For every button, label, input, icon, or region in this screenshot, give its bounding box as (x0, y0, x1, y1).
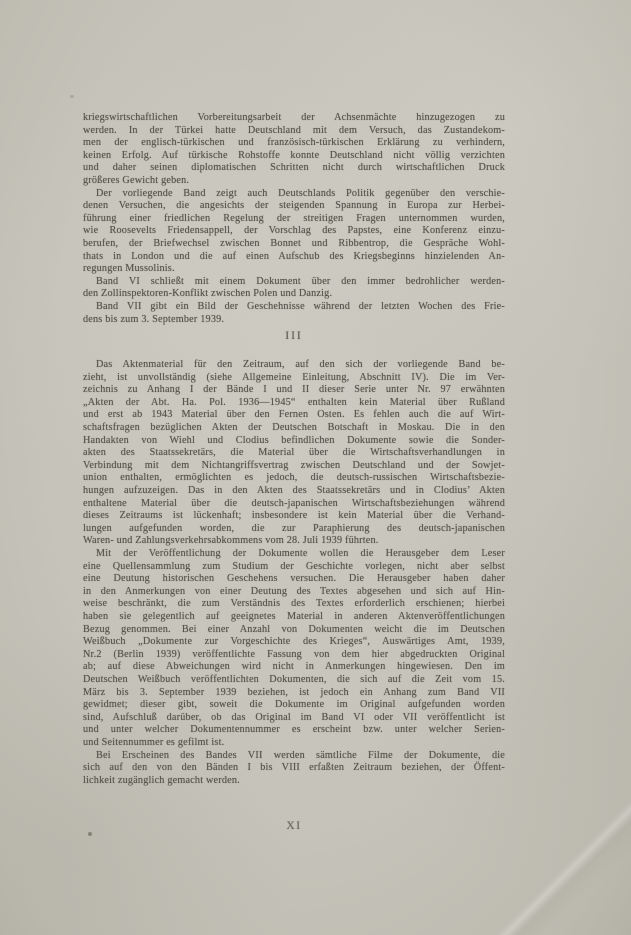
paper-crease (481, 785, 631, 935)
paragraph: Das Aktenmaterial für den Zeitraum, auf … (83, 359, 505, 548)
text-line: in den Anmerkungen von einer Deutung des… (83, 586, 505, 599)
text-line: lungen aufgefunden worden, die zur Parap… (83, 523, 505, 536)
text-line: lichkeit zugänglich gemacht werden. (83, 775, 505, 788)
text-line: zieht, ist unvollständig (siehe Allgemei… (83, 372, 505, 385)
text-line: und daher seinen diplomatischen Schritte… (83, 162, 505, 175)
text-line: den Zollinspektoren-Konflikt zwischen Po… (83, 288, 505, 301)
text-line: Das Aktenmaterial für den Zeitraum, auf … (83, 359, 505, 372)
paragraph: Der vorliegende Band zeigt auch Deutschl… (83, 188, 505, 276)
text-line: „Akten der Abt. Ha. Pol. 1936—1945“ enth… (83, 397, 505, 410)
text-line: akten des Staatssekretärs, die Material … (83, 447, 505, 460)
text-line: Weißbuch „Dokumente zur Vorgeschichte de… (83, 636, 505, 649)
text-line: Deutschen Weißbuch veröffentlichten Doku… (83, 674, 505, 687)
text-line: keinen Erfolg. Auf türkische Rohstoffe k… (83, 150, 505, 163)
text-line: enthaltene Material über die deutsch-jap… (83, 498, 505, 511)
text-line: Bei Erscheinen des Bandes VII werden säm… (83, 750, 505, 763)
paper-speck (70, 95, 74, 98)
page-number: XI (83, 820, 505, 832)
text-line: und unter welcher Dokumentennummer es er… (83, 724, 505, 737)
paragraph: Mit der Veröffentlichung der Dokumente w… (83, 548, 505, 750)
text-line: eine Quellensammlung zum Studium der Ges… (83, 561, 505, 574)
text-line: Band VII gibt ein Bild der Geschehnisse … (83, 301, 505, 314)
text-line: Mit der Veröffentlichung der Dokumente w… (83, 548, 505, 561)
text-line: dens bis zum 3. September 1939. (83, 314, 505, 327)
text-line: Handakten von Wiehl und Clodius befindli… (83, 435, 505, 448)
paragraph: Band VI schließt mit einem Dokument über… (83, 276, 505, 301)
text-line: Band VI schließt mit einem Dokument über… (83, 276, 505, 289)
text-line: März bis 3. September 1939 beziehen, ist… (83, 687, 505, 700)
text-line: sind, Aufschluß darüber, ob das Original… (83, 712, 505, 725)
text-line: Der vorliegende Band zeigt auch Deutschl… (83, 188, 505, 201)
text-line: Waren- und Zahlungsverkehrsabkommens vom… (83, 535, 505, 548)
text-line: dieses Zeitraums ist lückenhaft; insbeso… (83, 510, 505, 523)
section-heading: III (83, 330, 505, 343)
paragraph: Bei Erscheinen des Bandes VII werden säm… (83, 750, 505, 788)
text-line: eine Deutung historischen Geschehens ver… (83, 573, 505, 586)
text-line: schaftsfragen bezüglichen Akten der Deut… (83, 422, 505, 435)
text-line: wie Roosevelts Friedensappell, der Vorsc… (83, 225, 505, 238)
text-line: sich auf den von den Bänden I bis VIII e… (83, 762, 505, 775)
scanned-book-page: kriegswirtschaftlichen Vorbereitungsarbe… (0, 0, 631, 935)
text-line: union enthalten, ermöglichten es jedoch,… (83, 472, 505, 485)
text-line: und erst ab 1943 Material über den Ferne… (83, 409, 505, 422)
paragraph: kriegswirtschaftlichen Vorbereitungsarbe… (83, 112, 505, 188)
text-line: werden. In der Türkei hatte Deutschland … (83, 125, 505, 138)
text-line: Verbindung mit dem Nichtangriffsvertrag … (83, 460, 505, 473)
paper-speck (88, 832, 92, 836)
text-line: berufen, der Briefwechsel zwischen Bonne… (83, 238, 505, 251)
text-line: thats in London und die auf einen Aufsch… (83, 251, 505, 264)
text-line: gewidmet; dieser gibt, soweit die Dokume… (83, 699, 505, 712)
text-line: haben sie gelegentlich auf geeignetes Ma… (83, 611, 505, 624)
text-line: regungen Mussolinis. (83, 263, 505, 276)
paragraph: Band VII gibt ein Bild der Geschehnisse … (83, 301, 505, 326)
text-line: kriegswirtschaftlichen Vorbereitungsarbe… (83, 112, 505, 125)
text-line: hungen aufzuzeigen. Das in den Akten des… (83, 485, 505, 498)
text-column: kriegswirtschaftlichen Vorbereitungsarbe… (83, 112, 505, 787)
text-line: ab; auf diese Abweichungen wird nicht in… (83, 661, 505, 674)
text-line: größeres Gewicht geben. (83, 175, 505, 188)
text-line: zeichnis zu Anhang I der Bände I und II … (83, 384, 505, 397)
text-line: Bezug genommen. Bei einer Anzahl von Dok… (83, 624, 505, 637)
text-line: Nr.2 (Berlin 1939) veröffentlichte Fassu… (83, 649, 505, 662)
text-line: men der englisch-türkischen und französi… (83, 137, 505, 150)
text-line: weise beschränkt, die zum Verständnis de… (83, 598, 505, 611)
text-line: führung einer friedlichen Regelung der s… (83, 213, 505, 226)
text-line: und Seitennummer es gefilmt ist. (83, 737, 505, 750)
text-line: denen Versuchen, die angesichts der stei… (83, 200, 505, 213)
